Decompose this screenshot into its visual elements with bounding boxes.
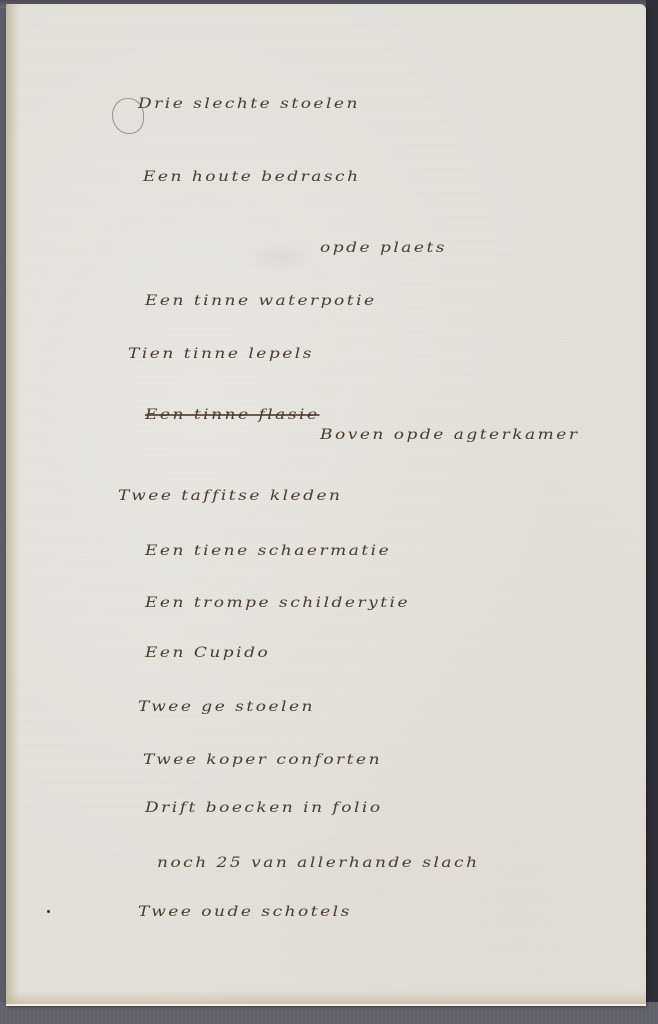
manuscript-line: Twee oude schotels: [138, 904, 352, 920]
manuscript-line: Tien tinne lepels: [128, 346, 314, 362]
manuscript-subheading: opde plaets: [320, 240, 447, 256]
manuscript-line: Twee taffitse kleden: [118, 488, 343, 504]
photo-backdrop-right: [646, 0, 658, 1024]
manuscript-line: Een tiene schaermatie: [145, 543, 391, 559]
manuscript-line: Een tinne waterpotie: [145, 293, 377, 309]
page-edge-stain: [6, 4, 20, 1006]
ink-spot: [47, 910, 50, 913]
manuscript-line: Drie slechte stoelen: [138, 96, 360, 112]
manuscript-line-struck: Een tinne flasie: [145, 407, 320, 423]
manuscript-line: Een trompe schilderytie: [145, 595, 410, 611]
manuscript-line: Een Cupido: [145, 645, 270, 661]
manuscript-line: noch 25 van allerhande slach: [157, 855, 480, 871]
manuscript-line: Twee ge stoelen: [138, 699, 315, 715]
page-deckle-edge: [6, 990, 646, 1006]
manuscript-line: Een houte bedrasch: [143, 169, 361, 185]
ink-show-through: [246, 242, 316, 272]
manuscript-line: Drift boecken in folio: [145, 800, 383, 816]
manuscript-line: Twee koper conforten: [143, 752, 382, 768]
manuscript-subheading: Boven opde agterkamer: [320, 427, 580, 443]
